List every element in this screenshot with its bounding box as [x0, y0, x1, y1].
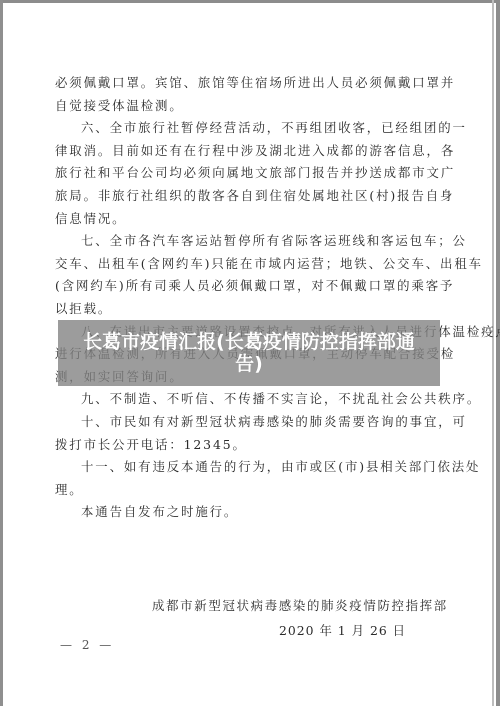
- page-number: — 2 —: [60, 638, 114, 652]
- overlay-title: 长葛市疫情汇报(长葛疫情防控指挥部通告): [58, 331, 440, 375]
- title-overlay-banner: 长葛市疫情汇报(长葛疫情防控指挥部通告): [58, 320, 440, 386]
- frame-right-border-inner: [492, 0, 494, 706]
- issuer-signature: 成都市新型冠状病毒感染的肺炎疫情防控指挥部: [152, 596, 448, 614]
- text-line: 理。: [55, 479, 440, 502]
- text-line: 本通告自发布之时施行。: [55, 501, 440, 524]
- text-line: 律取消。目前如还有在行程中涉及湖北进入成都的游客信息，各: [55, 140, 440, 163]
- issue-date: 2020 年 1 月 26 日: [279, 621, 406, 639]
- text-line: 九、不制造、不听信、不传播不实言论，不扰乱社会公共秩序。: [55, 388, 440, 411]
- text-line: 以拒载。: [55, 298, 440, 321]
- frame-left-border: [0, 0, 3, 706]
- text-line: 十一、如有违反本通告的行为，由市或区(市)县相关部门依法处: [55, 456, 440, 479]
- text-line: 七、全市各汽车客运站暂停所有省际客运班线和客运包车；公: [55, 230, 440, 253]
- text-line: 必须佩戴口罩。宾馆、旅馆等住宿场所进出人员必须佩戴口罩并: [55, 72, 440, 95]
- frame-right-border-outer: [496, 0, 500, 706]
- text-line: 自觉接受体温检测。: [55, 95, 440, 118]
- text-line: 拨打市长公开电话：12345。: [55, 434, 440, 457]
- text-line: 交车、出租车(含网约车)只能在市域内运营；地铁、公交车、出租车: [55, 253, 440, 276]
- text-line: 旅局。非旅行社组织的散客各自到住宿处属地社区(村)报告自身: [55, 185, 440, 208]
- frame-top-border: [0, 0, 500, 3]
- text-line: 六、全市旅行社暂停经营活动，不再组团收客，已经组团的一: [55, 117, 440, 140]
- text-line: 旅行社和平台公司均必须向属地文旅部门报告并抄送成都市文广: [55, 162, 440, 185]
- text-line: (含网约车)所有司乘人员必须佩戴口罩，对不佩戴口罩的乘客予: [55, 275, 440, 298]
- text-line: 十、市民如有对新型冠状病毒感染的肺炎需要咨询的事宜，可: [55, 411, 440, 434]
- document-body: 必须佩戴口罩。宾馆、旅馆等住宿场所进出人员必须佩戴口罩并 自觉接受体温检测。 六…: [55, 72, 440, 524]
- text-line: 信息情况。: [55, 208, 440, 231]
